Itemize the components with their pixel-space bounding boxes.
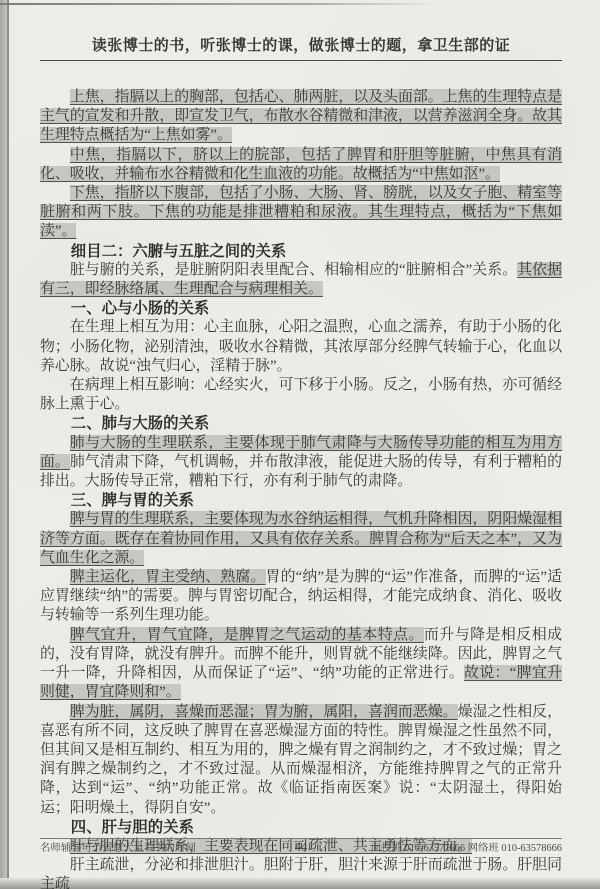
highlighted-text: 脾为脏，属阴，喜燥而恶湿；胃为腑，属阳，喜润而恶燥。: [70, 704, 458, 720]
page-number: 44: [295, 840, 308, 854]
page-footer: 名师辅导可节省您大量看书的时间 44 面授班 010-63577666 网络班 …: [40, 838, 562, 864]
footer-note-left: 名师辅导可节省您大量看书的时间: [40, 842, 196, 856]
scanned-book-page: { "header": { "slogan": "读张博士的书，听张博士的课，做…: [0, 0, 600, 889]
highlighted-text: 下焦，指脐以下腹部，包括了小肠、大肠、肾、膀胱，以及女子胞、精室等脏腑和两下肢。…: [40, 185, 562, 239]
footer-rule: [40, 838, 562, 839]
section-heading: 细目二：六腑与五脏之间的关系: [40, 242, 562, 261]
paragraph: 在生理上相互为用：心主血脉，心阳之温煦，心血之濡养，有助于小肠的化物；小肠化物，…: [40, 318, 562, 376]
page-content: 读张博士的书，听张博士的课，做张博士的题，拿卫生部的证 上焦，指膈以上的胸部，包…: [40, 36, 562, 889]
body-text: 在病理上相互影响：心经实火，可下移于小肠。反之，小肠有热，亦可循经脉上熏于心。: [40, 377, 562, 412]
paragraph: 下焦，指脐以下腹部，包括了小肠、大肠、肾、膀胱，以及女子胞、精室等脏腑和两下肢。…: [40, 184, 562, 242]
highlighted-text: 脾主运化，胃主受纳、熟腐。: [70, 569, 266, 585]
scan-edge-left-line: [7, 0, 9, 889]
paragraph: 肺与大肠的生理联系，主要体现于肺气肃降与大肠传导功能的相互为用方面。肺气清肃下降…: [40, 434, 562, 492]
footer-note-right: 面授班 010-63577666 网络班 010-63578666: [371, 842, 562, 856]
scan-edge-top-line: [0, 3, 440, 5]
paragraph: 上焦，指膈以上的胸部，包括心、肺两脏，以及头面部。上焦的生理特点是主气的宣发和升…: [40, 88, 562, 146]
body-text: 脏与腑的关系，是脏腑阴阳表里配合、相输相应的“脏腑相合”关系。: [70, 262, 517, 278]
section-heading: 四、肝与胆的关系: [40, 818, 562, 837]
body-text: 肺气清肃下降，气机调畅，并布散津液，能促进大肠的传导，有利于糟粕的排出。大肠传导…: [40, 454, 562, 489]
paragraph: 脾为脏，属阴，喜燥而恶湿；胃为腑，属阳，喜润而恶燥。燥湿之性相反，喜恶有所不同，…: [40, 703, 562, 818]
paragraph: 脏与腑的关系，是脏腑阴阳表里配合、相输相应的“脏腑相合”关系。其依据有三，即经脉…: [40, 261, 562, 299]
section-heading: 一、心与小肠的关系: [40, 299, 562, 318]
paragraph: 脾主运化，胃主受纳、熟腐。胃的“纳”是为脾的“运”作准备，而脾的“运”适应胃继续…: [40, 568, 562, 626]
header-rule: [40, 60, 562, 61]
highlighted-text: 上焦，指膈以上的胸部，包括心、肺两脏，以及头面部。上焦的生理特点是主气的宣发和升…: [40, 89, 562, 143]
document-body: 上焦，指膈以上的胸部，包括心、肺两脏，以及头面部。上焦的生理特点是主气的宣发和升…: [40, 88, 562, 889]
highlighted-text: 中焦，指膈以下，脐以上的脘部，包括了脾胃和肝胆等脏腑，中焦具有消化、吸收，并输布…: [40, 147, 562, 182]
section-heading: 三、脾与胃的关系: [40, 491, 562, 510]
body-text: 在生理上相互为用：心主血脉，心阳之温煦，心血之濡养，有助于小肠的化物；小肠化物，…: [40, 319, 562, 373]
highlighted-text: 脾气宜升，胃气宜降，是脾胃之气运动的基本特点。: [70, 627, 424, 643]
section-heading: 二、肺与大肠的关系: [40, 414, 562, 433]
paragraph: 中焦，指膈以下，脐以上的脘部，包括了脾胃和肝胆等脏腑，中焦具有消化、吸收，并输布…: [40, 146, 562, 184]
highlighted-text: 脾与胃的生理联系，主要体现为水谷纳运相得，气机升降相因，阴阳燥湿相济等方面。既存…: [40, 511, 562, 565]
running-header-slogan: 读张博士的书，听张博士的课，做张博士的题，拿卫生部的证: [40, 36, 562, 57]
paragraph: 在病理上相互影响：心经实火，可下移于小肠。反之，小肠有热，亦可循经脉上熏于心。: [40, 376, 562, 414]
paragraph: 脾气宜升，胃气宜降，是脾胃之气运动的基本特点。而升与降是相反相成的，没有胃降，就…: [40, 626, 562, 703]
body-text: 燥湿之性相反，喜恶有所不同，这反映了脾胃在喜恶燥湿方面的特性。脾胃燥湿之性虽然不…: [40, 704, 562, 816]
scan-edge-left: [0, 0, 7, 889]
paragraph: 脾与胃的生理联系，主要体现为水谷纳运相得，气机升降相因，阴阳燥湿相济等方面。既存…: [40, 510, 562, 568]
